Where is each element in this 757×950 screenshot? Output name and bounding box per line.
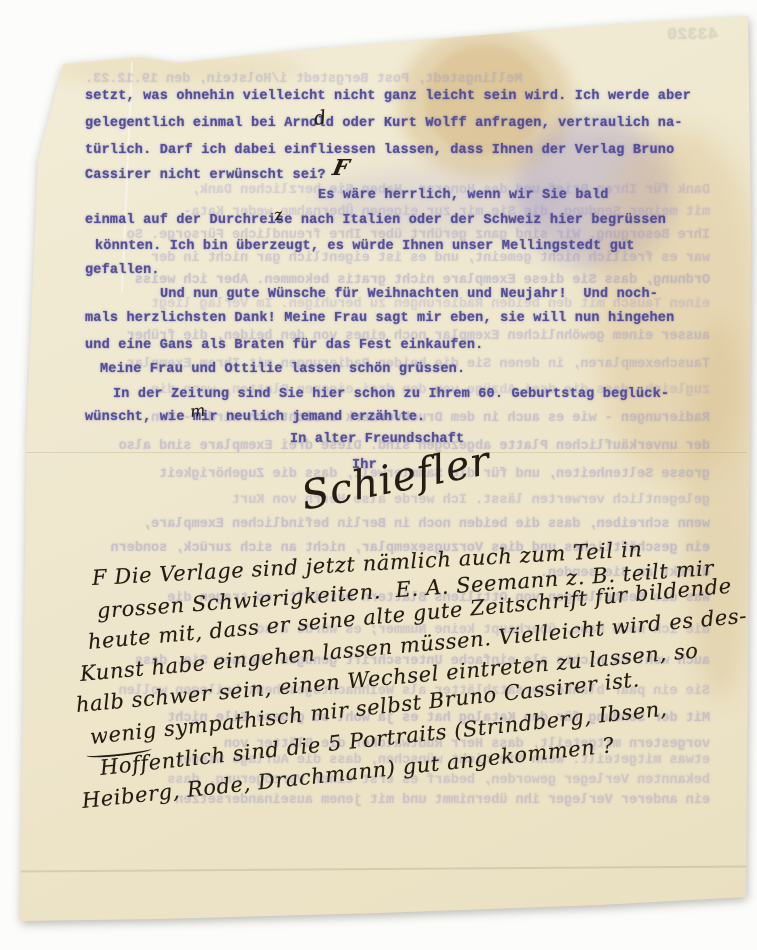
typed-line: einmal auf der Durchreise nach Italien o… [85,213,666,228]
typed-line: Meine Frau und Ottilie lassen schön grüs… [100,362,465,377]
ink-correction-d: d [312,106,328,130]
typed-line: Und nun gute Wünsche für Weihnachten und… [160,287,658,302]
typed-line: wünscht, wie mir neulich jemand erzählte… [85,410,425,425]
typed-line: Es wäre herrlich, wenn wir Sie bald [318,188,609,203]
paper-shadow-wrap: 43320 Mellingstedt, Post Bergstedt i/Hol… [0,0,757,950]
typed-line: und eine Gans als Braten für das Fest ei… [85,338,483,353]
signature: Schiefler [298,438,495,520]
bleedthrough-header: Mellingstedt, Post Bergstedt i/Holstein,… [85,72,710,87]
stain-right-band [595,130,757,480]
crease-horizontal-mid [22,452,747,453]
ink-correction-z: z [272,205,284,225]
bleedthrough-line: Ordnung, dass Sie diese Exemplare nicht … [85,273,710,288]
typed-line: gelegentlich einmal bei Arnold oder Kurt… [85,116,683,131]
typed-closing: In alter Freundschaft [290,432,464,447]
footnote-marker-f: F [330,155,352,181]
typed-line: mals herzlichsten Dank! Meine Frau sagt … [85,311,674,326]
bleedthrough-line: wenn schreiben, dass die beiden noch in … [85,517,710,532]
ink-correction-m: m [189,400,207,421]
typed-line: türlich. Darf ich dabei einfliessen lass… [85,143,674,158]
letter-page: 43320 Mellingstedt, Post Bergstedt i/Hol… [0,0,757,950]
typed-line: setzt, was ohnehin vielleicht nicht ganz… [85,89,691,104]
typed-line: In der Zeitung sind Sie hier schon zu Ih… [113,387,669,402]
scanned-letter-canvas: 43320 Mellingstedt, Post Bergstedt i/Hol… [0,0,757,950]
typed-line: könnten. Ich bin überzeugt, es würde Ihn… [95,239,635,254]
bleedthrough-archive-number: 43320 [648,26,718,45]
crease-horizontal-bottom [20,865,746,872]
stain-top-left-age [45,52,305,86]
typed-line: gefallen. [85,263,160,278]
typed-line: Cassirer nicht erwünscht sei? [85,168,326,183]
